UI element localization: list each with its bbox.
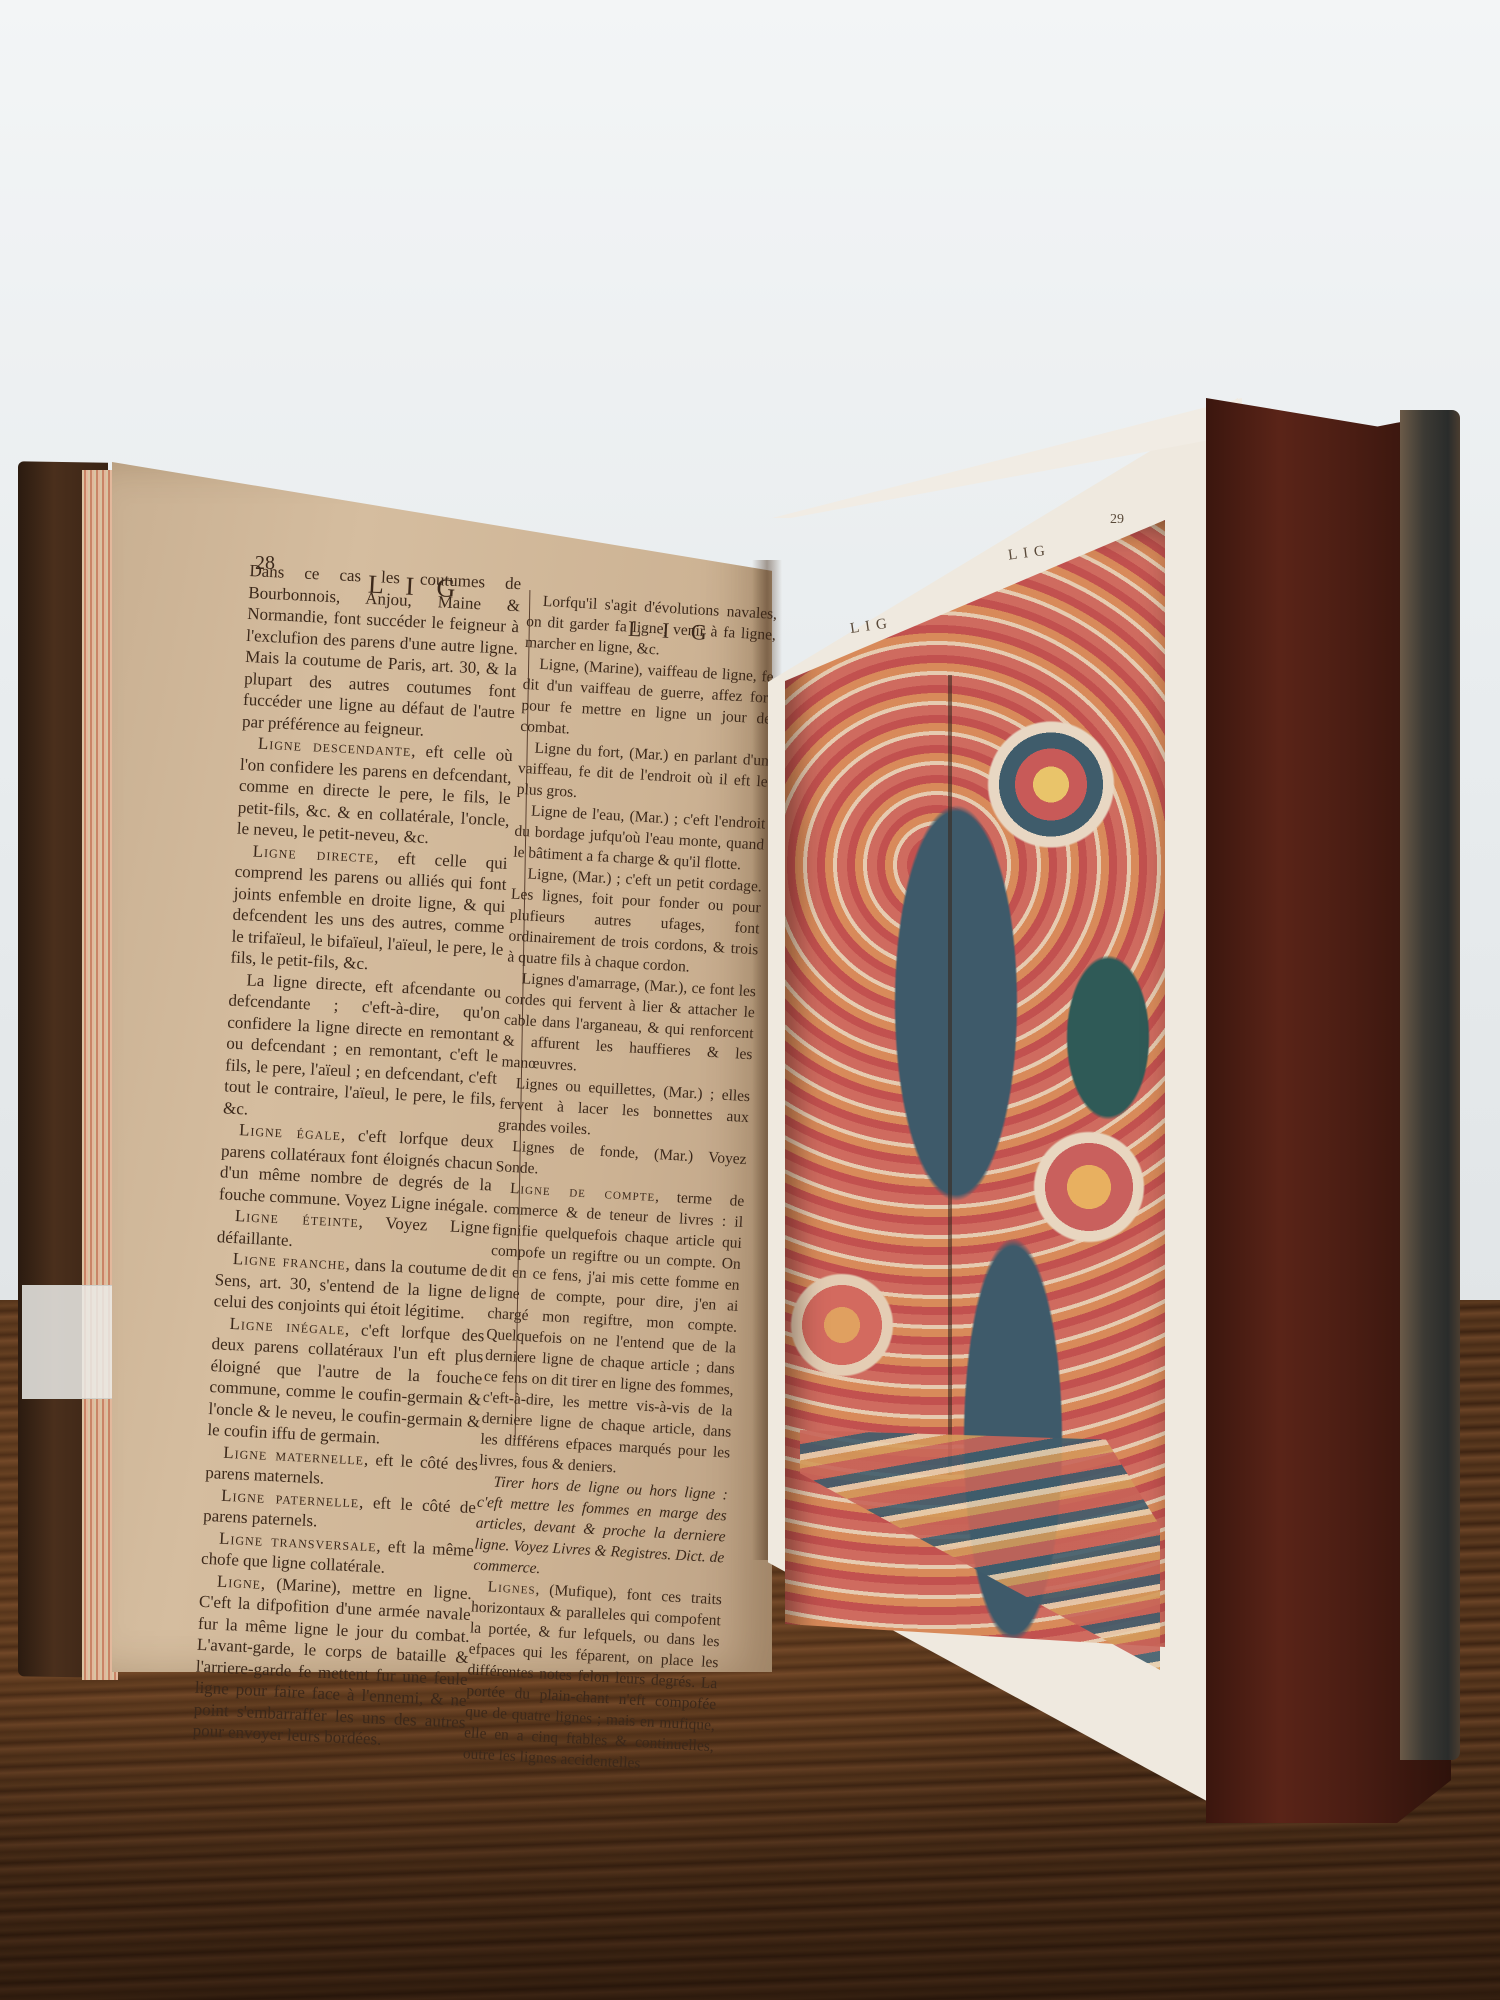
paragraph: La ligne directe, eft afcendante ou defc… [223, 968, 502, 1132]
entry: Lignes, (Mufique), font ces traits horiz… [462, 1575, 722, 1778]
entry: Ligne de compte, terme de commerce & de … [479, 1177, 745, 1484]
entry: Ligne directe, eft celle qui comprend le… [230, 839, 508, 981]
entry: Ligne descendante, eft celle où l'on con… [236, 732, 513, 853]
cavity-fold [948, 675, 952, 1475]
entry: Ligne, (Marine), mettre en ligne. C'eft … [192, 1569, 472, 1754]
entry: Ligne, (Marine), vaiffeau de ligne, fe d… [520, 653, 774, 751]
entry: Ligne égale, c'eft lorfque deux parens c… [218, 1118, 494, 1217]
leather-spine [1400, 410, 1460, 1760]
paragraph: Dans ce cas les coutumes de Bourbonnois,… [242, 560, 522, 745]
entry: Tirer hors de ligne ou hors ligne : c'ef… [473, 1471, 728, 1590]
entry: Ligne inégale, c'eft lorfque des deux pa… [207, 1312, 485, 1454]
page-number-right: 29 [1110, 512, 1124, 528]
entry: Ligne, (Mar.) ; c'eft un petit cordage. … [507, 863, 762, 982]
entry: Lignes d'amarrage, (Mar.), ce font les c… [501, 967, 756, 1086]
